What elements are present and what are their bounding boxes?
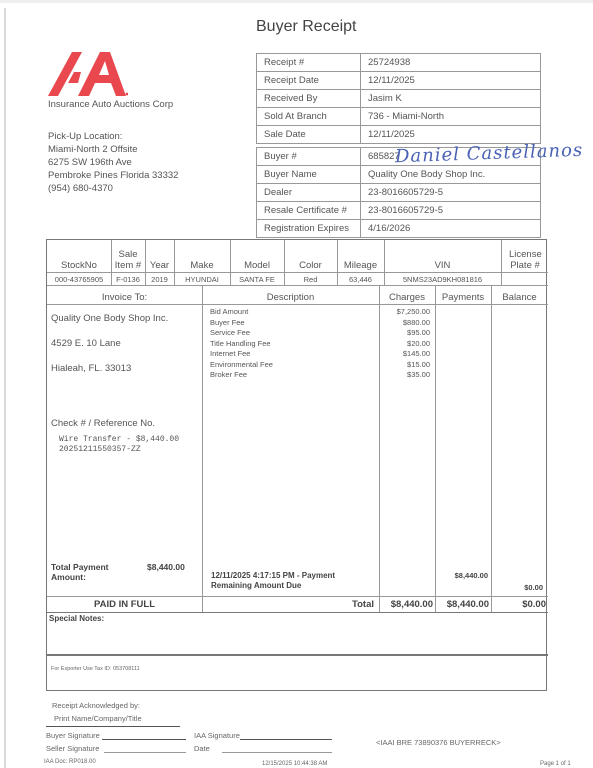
buyer-name-label: Buyer Name (257, 166, 361, 184)
resale-certificate-label: Resale Certificate # (257, 202, 361, 220)
total-payment-label-line1: Total Payment (51, 562, 108, 572)
line-item-description: Buyer Fee (210, 318, 273, 329)
dealer-value: 23-8016605729-5 (361, 184, 541, 202)
header-plate: License Plate # (509, 249, 541, 271)
bill-to-city: Hialeah, FL. 33013 (51, 363, 131, 374)
pickup-city: Pembroke Pines Florida 33332 (48, 169, 178, 182)
value-mileage: 63,446 (337, 275, 384, 284)
header-year: Year (145, 260, 174, 271)
value-sale-item: F-0136 (111, 275, 145, 284)
bill-to-name: Quality One Body Shop Inc. (51, 313, 168, 324)
header-stock-no: StockNo (47, 260, 111, 271)
table-row: Sold At Branch736 - Miami-North (257, 108, 541, 126)
sale-date-label: Sale Date (257, 126, 361, 144)
check-reference-line2: 20251211550357-ZZ (59, 445, 179, 455)
value-vin: 5NMS23AD9KH081816 (384, 275, 501, 284)
seller-signature-line[interactable] (104, 752, 186, 753)
header-model: Model (230, 260, 284, 271)
line-item-charge: $15.00 (377, 360, 430, 371)
total-label: Total (202, 599, 374, 610)
pickup-name: Miami-North 2 Offsite (48, 143, 178, 156)
buyer-signature-label: Buyer Signature (46, 731, 100, 740)
table-row: Resale Certificate #23-8016605729-5 (257, 202, 541, 220)
payment-entry-amount: $8,440.00 (435, 571, 488, 580)
header-vin: VIN (384, 260, 501, 271)
company-name: Insurance Auto Auctions Corp (48, 99, 173, 110)
line-item-description: Broker Fee (210, 370, 273, 381)
line-item-charge: $880.00 (377, 318, 430, 329)
registration-expires-value: 4/16/2026 (361, 220, 541, 238)
value-year: 2019 (145, 275, 174, 284)
header-make: Make (174, 260, 230, 271)
header-charges: Charges (379, 292, 435, 303)
line-item-charge: $35.00 (377, 370, 430, 381)
line-item-charge: $7,250.00 (377, 307, 430, 318)
buyer-name-value: Quality One Body Shop Inc. (361, 166, 541, 184)
table-row: Receipt Date12/11/2025 (257, 72, 541, 90)
seller-signature-label: Seller Signature (46, 744, 99, 753)
paid-in-full-status: PAID IN FULL (47, 599, 202, 610)
line-item-description: Service Fee (210, 328, 273, 339)
total-payment-value: $8,440.00 (147, 562, 185, 572)
value-make: HYUNDAI (174, 275, 230, 284)
print-name-label: Print Name/Company/Title (54, 714, 142, 723)
receipt-number-value: 25724938 (361, 54, 541, 72)
line-item-charge: $145.00 (377, 349, 430, 360)
exporter-tax-id: For Exporter Use Tax ID: 053708111 (51, 666, 140, 672)
header-description: Description (202, 292, 379, 303)
sold-at-branch-label: Sold At Branch (257, 108, 361, 126)
value-model: SANTA FE (230, 275, 284, 284)
payment-entry-line2: Remaining Amount Due (211, 581, 335, 591)
page-top-edge (0, 0, 593, 3)
iaa-signature-line[interactable] (240, 739, 332, 740)
table-row: Received ByJasim K (257, 90, 541, 108)
total-charges: $8,440.00 (379, 599, 433, 610)
buyer-number-label: Buyer # (257, 148, 361, 166)
special-notes-label: Special Notes: (49, 614, 104, 623)
table-row: Sale Date12/11/2025 (257, 126, 541, 144)
header-color: Color (284, 260, 337, 271)
acknowledged-by-label: Receipt Acknowledged by: (52, 701, 140, 710)
header-sale-item: Sale Item # (113, 249, 143, 271)
header-payments: Payments (435, 292, 491, 303)
resale-certificate-value: 23-8016605729-5 (361, 202, 541, 220)
header-invoice-to: Invoice To: (47, 292, 202, 303)
print-name-line[interactable] (46, 726, 180, 727)
invoice-box: StockNo Sale Item # Year Make Model Colo… (46, 239, 547, 691)
header-mileage: Mileage (337, 260, 384, 271)
total-payments: $8,440.00 (435, 599, 489, 610)
received-by-value: Jasim K (361, 90, 541, 108)
line-item-charges: $7,250.00 $880.00 $95.00 $20.00 $145.00 … (377, 307, 430, 381)
line-item-charge: $20.00 (377, 339, 430, 350)
iaa-signature-label: IAA Signature (194, 731, 240, 740)
printed-timestamp: 12/15/2025 10:44:38 AM (262, 761, 327, 767)
line-item-description: Internet Fee (210, 349, 273, 360)
document-title: Buyer Receipt (256, 18, 357, 36)
check-reference-label: Check # / Reference No. (51, 418, 155, 429)
bill-to-street: 4529 E. 10 Lane (51, 338, 121, 349)
value-stock-no: 000-43765905 (47, 275, 111, 284)
check-reference-value: Wire Transfer - $8,440.0020251211550357-… (59, 435, 179, 455)
doc-id: IAA Doc: RP018.00 (44, 759, 96, 765)
check-reference-line1: Wire Transfer - $8,440.00 (59, 435, 179, 445)
pickup-street: 6275 SW 196th Ave (48, 156, 178, 169)
line-item-descriptions: Bid Amount Buyer Fee Service Fee Title H… (210, 307, 273, 381)
sold-at-branch-value: 736 - Miami-North (361, 108, 541, 126)
total-balance: $0.00 (491, 599, 546, 610)
header-balance: Balance (491, 292, 548, 303)
table-row: Receipt #25724938 (257, 54, 541, 72)
total-payment-label-line2: Amount: (51, 572, 108, 582)
iaa-logo-icon (48, 50, 128, 98)
barcode-text: <IAAI BRE 73890376 BUYERRECK> (376, 738, 501, 747)
payment-entry-balance: $0.00 (491, 583, 543, 592)
payment-entry-line1: 12/11/2025 4:17:15 PM - Payment (211, 571, 335, 581)
dealer-label: Dealer (257, 184, 361, 202)
line-item-description: Bid Amount (210, 307, 273, 318)
line-item-charge: $95.00 (377, 328, 430, 339)
registration-expires-label: Registration Expires (257, 220, 361, 238)
pickup-location: Pick-Up Location: Miami-North 2 Offsite … (48, 130, 178, 195)
table-row: Buyer NameQuality One Body Shop Inc. (257, 166, 541, 184)
pickup-label: Pick-Up Location: (48, 130, 178, 143)
receipt-date-label: Receipt Date (257, 72, 361, 90)
value-color: Red (284, 275, 337, 284)
total-payment-label: Total Payment Amount: (51, 562, 108, 582)
receipt-info-table: Receipt #25724938 Receipt Date12/11/2025… (256, 53, 541, 144)
receipt-date-value: 12/11/2025 (361, 72, 541, 90)
table-row: Dealer23-8016605729-5 (257, 184, 541, 202)
table-row: Registration Expires4/16/2026 (257, 220, 541, 238)
page-left-edge (4, 8, 6, 768)
pickup-phone: (954) 680-4370 (48, 182, 178, 195)
date-label: Date (194, 744, 210, 753)
line-item-description: Title Handling Fee (210, 339, 273, 350)
receipt-number-label: Receipt # (257, 54, 361, 72)
sale-date-value: 12/11/2025 (361, 126, 541, 144)
page-number: Page 1 of 1 (540, 761, 571, 767)
buyer-signature-line[interactable] (102, 739, 186, 740)
date-line[interactable] (222, 752, 332, 753)
payment-entry: 12/11/2025 4:17:15 PM - Payment Remainin… (211, 571, 335, 591)
received-by-label: Received By (257, 90, 361, 108)
line-item-description: Environmental Fee (210, 360, 273, 371)
